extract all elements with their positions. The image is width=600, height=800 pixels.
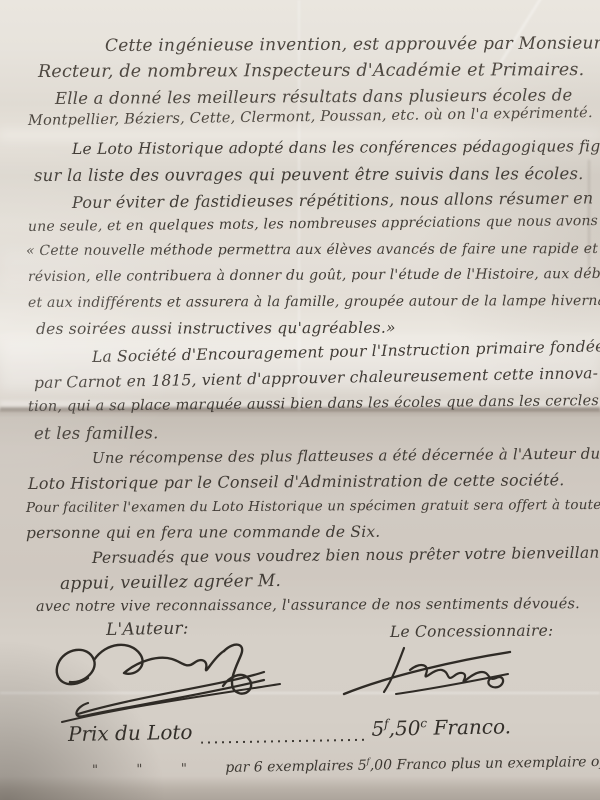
dotted-leader (200, 727, 365, 744)
letter-line-23: avec notre vive reconnaissance, l'assura… (36, 596, 580, 615)
letter-line-10: révision, elle contribuera à donner du g… (28, 266, 600, 285)
letter-line-8: une seule, et en quelques mots, les nomb… (28, 212, 600, 235)
letter-line-16: et les familles. (34, 423, 159, 443)
concessionnaire-label: Le Concessionnaire: (390, 622, 554, 641)
letter-line-14: par Carnot en 1815, vient d'approuver ch… (34, 364, 598, 392)
letter-line-22: appui, veuillez agréer M. (60, 571, 281, 594)
corner-crease (499, 0, 543, 64)
letter-line-15: tion, qui a sa place marquée aussi bien … (28, 393, 599, 415)
ditto-mark: " (92, 762, 132, 778)
author-signature (48, 634, 298, 726)
price-amount: 5f,50c Franco. (371, 714, 511, 740)
letter-line-21: Persuadés que vous voudrez bien nous prê… (92, 544, 600, 567)
letter-line-13: La Société d'Encouragement pour l'Instru… (92, 337, 600, 366)
ditto-mark: " (181, 761, 221, 777)
bulk-text: par 6 exemplaires 5f,00 Franco plus un e… (225, 753, 600, 775)
ditto-mark: " (136, 761, 176, 777)
letter-line-5: Le Loto Historique adopté dans les confé… (72, 137, 600, 158)
letter-line-17: Une récompense des plus flatteuses a été… (92, 445, 600, 467)
letter-line-11: et aux indifférents et assurera à la fam… (28, 293, 600, 311)
letter-line-12: des soirées aussi instructives qu'agréab… (36, 319, 396, 338)
letter-line-3: Elle a donné les meilleurs résultats dan… (55, 85, 573, 108)
letter-page: Cette ingénieuse invention, est approuvé… (0, 0, 600, 800)
letter-line-20: personne qui en fera une commande de Six… (26, 523, 380, 542)
bulk-price-line: " " " par 6 exemplaires 5f,00 Franco plu… (92, 751, 600, 777)
letter-line-7: Pour éviter de fastidieuses répétitions,… (72, 188, 593, 212)
letter-line-6: sur la liste des ouvrages qui peuvent êt… (34, 164, 584, 185)
concessionnaire-signature (338, 642, 543, 704)
letter-line-19: Pour faciliter l'examen du Loto Historiq… (26, 497, 600, 516)
letter-line-2: Recteur, de nombreux Inspecteurs d'Acadé… (38, 60, 584, 82)
letter-line-9: « Cette nouvelle méthode permettra aux é… (26, 241, 600, 259)
letter-line-4: Montpellier, Béziers, Cette, Clermont, P… (28, 105, 593, 129)
price-label: Prix du Loto (68, 720, 193, 746)
letter-line-18: Loto Historique par le Conseil d'Adminis… (28, 470, 565, 493)
letter-line-1: Cette ingénieuse invention, est approuvé… (105, 33, 600, 56)
